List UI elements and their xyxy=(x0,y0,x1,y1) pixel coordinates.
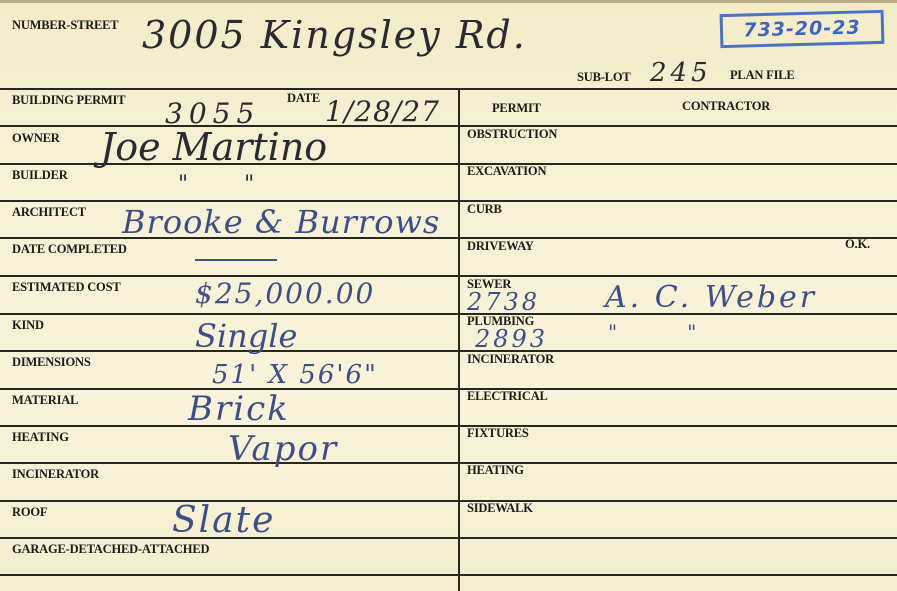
curb-label: CURB xyxy=(467,202,502,216)
driveway-note: O.K. xyxy=(845,237,870,251)
material-value: Brick xyxy=(188,392,290,426)
owner-label: OWNER xyxy=(12,131,60,145)
builder-value: " " xyxy=(178,174,254,196)
estimated-cost-label: ESTIMATED COST xyxy=(12,280,120,294)
heating-value: Vapor xyxy=(228,432,338,466)
rule-line xyxy=(0,425,897,427)
dimensions-value: 51' X 56'6" xyxy=(212,362,378,388)
permit-column-header: PERMIT xyxy=(492,101,541,115)
dimensions-label: DIMENSIONS xyxy=(12,355,91,369)
rule-line xyxy=(0,350,897,352)
incinerator-label: INCINERATOR xyxy=(12,467,99,481)
date-completed-label: DATE COMPLETED xyxy=(12,242,127,256)
sewer-contractor-value: A. C. Weber xyxy=(605,283,817,313)
estimated-cost-value: $25,000.00 xyxy=(195,280,375,308)
roof-label: ROOF xyxy=(12,505,47,519)
electrical-label: ELECTRICAL xyxy=(467,389,548,403)
sub-lot-label: SUB-LOT xyxy=(577,70,630,84)
garage-label: GARAGE-DETACHED-ATTACHED xyxy=(12,542,209,556)
architect-label: ARCHITECT xyxy=(12,205,86,219)
kind-value: Single xyxy=(195,320,297,352)
plumbing-contractor-value: " " xyxy=(608,322,696,342)
architect-value: Brooke & Burrows xyxy=(122,206,440,238)
rule-line xyxy=(0,275,897,277)
date-completed-dash xyxy=(195,259,277,261)
heating-label: HEATING xyxy=(12,430,69,444)
contractor-column-header: CONTRACTOR xyxy=(682,99,770,113)
driveway-label: DRIVEWAY xyxy=(467,239,534,253)
rule-line xyxy=(0,200,897,202)
incinerator-permit-label: INCINERATOR xyxy=(467,352,554,366)
rule-line xyxy=(0,388,897,390)
material-label: MATERIAL xyxy=(12,393,78,407)
rule-line xyxy=(0,500,897,502)
rule-line xyxy=(0,88,897,90)
sidewalk-label: SIDEWALK xyxy=(467,501,533,515)
builder-label: BUILDER xyxy=(12,168,68,182)
rule-line xyxy=(0,537,897,539)
roof-value: Slate xyxy=(172,503,275,539)
sewer-permit-value: 2738 xyxy=(467,290,540,314)
building-permit-label: BUILDING PERMIT xyxy=(12,93,125,107)
rule-line xyxy=(0,462,897,464)
owner-value: Joe Martino xyxy=(100,128,327,166)
heating-permit-label: HEATING xyxy=(467,463,524,477)
plumbing-permit-value: 2893 xyxy=(475,327,548,351)
card-top-edge xyxy=(0,0,897,3)
date-value: 1/28/27 xyxy=(325,98,440,126)
sub-lot-value: 245 xyxy=(650,60,712,86)
excavation-label: EXCAVATION xyxy=(467,164,546,178)
number-street-label: NUMBER-STREET xyxy=(12,18,118,32)
rule-line xyxy=(0,574,897,576)
building-permit-value: 3055 xyxy=(165,100,260,128)
file-number-stamp: 733-20-23 xyxy=(720,10,885,48)
kind-label: KIND xyxy=(12,318,44,332)
plan-file-label: PLAN FILE xyxy=(730,68,795,82)
permit-card: NUMBER-STREET 3005 Kingsley Rd. 733-20-2… xyxy=(0,0,897,591)
obstruction-label: OBSTRUCTION xyxy=(467,127,557,141)
date-label: DATE xyxy=(287,91,320,105)
fixtures-label: FIXTURES xyxy=(467,426,529,440)
number-street-value: 3005 Kingsley Rd. xyxy=(142,16,527,54)
column-divider xyxy=(458,88,460,591)
